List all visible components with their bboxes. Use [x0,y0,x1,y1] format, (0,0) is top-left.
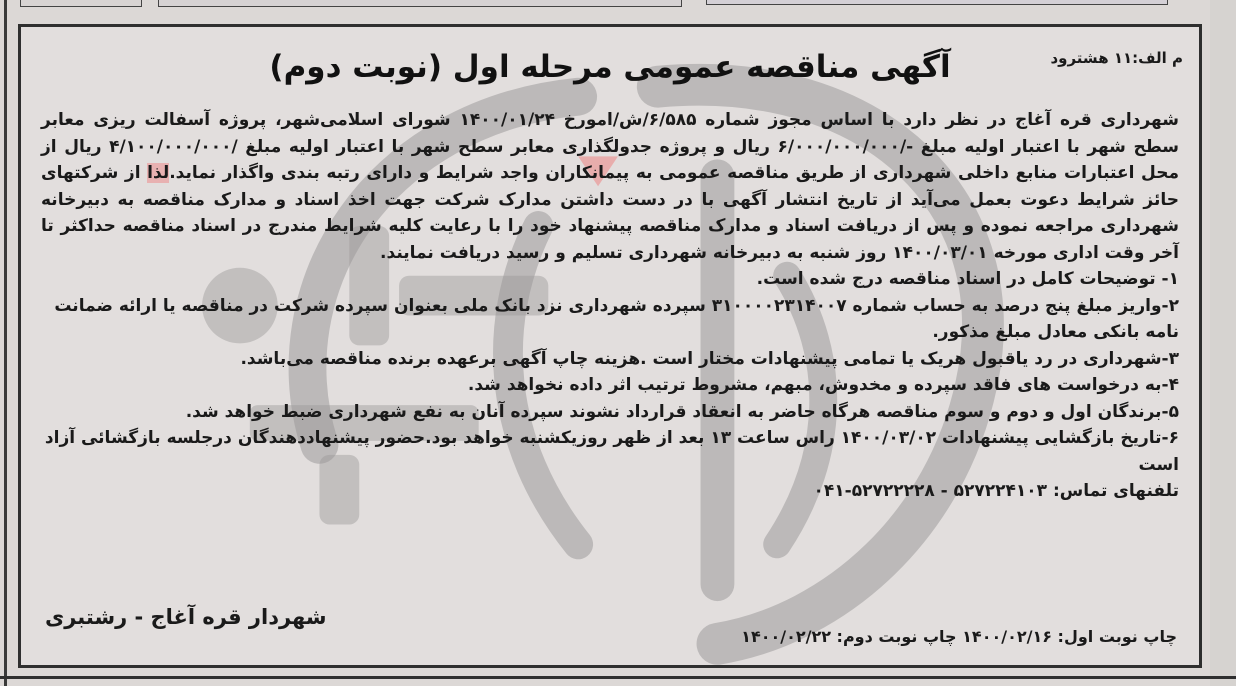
adjacent-ad-box-left [20,0,142,7]
contact-phones: تلفنهای تماس: ۵۲۷۲۲۴۱۰۳ - ۵۲۷۲۲۲۲۸-۰۴۱ [41,478,1179,505]
ad-title: آگهی مناقصه عمومی مرحله اول (نوبت دوم) [35,49,1185,85]
condition-item-6: ۶-تاریخ بازگشایی پیشنهادات ۱۴۰۰/۰۳/۰۲ را… [41,425,1179,478]
condition-item-4: ۴-به درخواست های فاقد سپرده و مخدوش، مبه… [41,372,1179,399]
next-ad-border [0,676,1236,679]
adjacent-ad-box-right [706,0,1168,5]
tender-advertisement: م الف:۱۱ هشترود آگهی مناقصه عمومی مرحله … [18,24,1202,668]
condition-item-2: ۲-واریز مبلغ پنج درصد به حساب شماره ۳۱۰۰… [41,293,1179,346]
mayor-signature: شهردار قره آغاج - رشتبری [45,605,327,629]
condition-item-5: ۵-برندگان اول و دوم و سوم مناقصه هرگاه ح… [41,399,1179,426]
ad-content: م الف:۱۱ هشترود آگهی مناقصه عمومی مرحله … [35,27,1185,665]
print-dates: چاپ نوبت اول: ۱۴۰۰/۰۲/۱۶ چاپ نوبت دوم: ۱… [741,627,1177,646]
page-column-rule [4,0,7,686]
adjacent-ad-box-middle [158,0,682,7]
highlighted-text: لذا [147,163,169,183]
condition-item-1: ۱- توضیحات کامل در اسناد مناقصه درج شده … [41,266,1179,293]
intro-text: شهرداری قره آغاج در نظر دارد با اساس مجو… [41,110,1179,183]
intro-paragraph: شهرداری قره آغاج در نظر دارد با اساس مجو… [41,107,1179,266]
ad-body: شهرداری قره آغاج در نظر دارد با اساس مجو… [41,107,1179,505]
right-gutter [1210,0,1236,686]
condition-item-3: ۳-شهرداری در رد یاقبول هریک یا تمامی پیش… [41,346,1179,373]
